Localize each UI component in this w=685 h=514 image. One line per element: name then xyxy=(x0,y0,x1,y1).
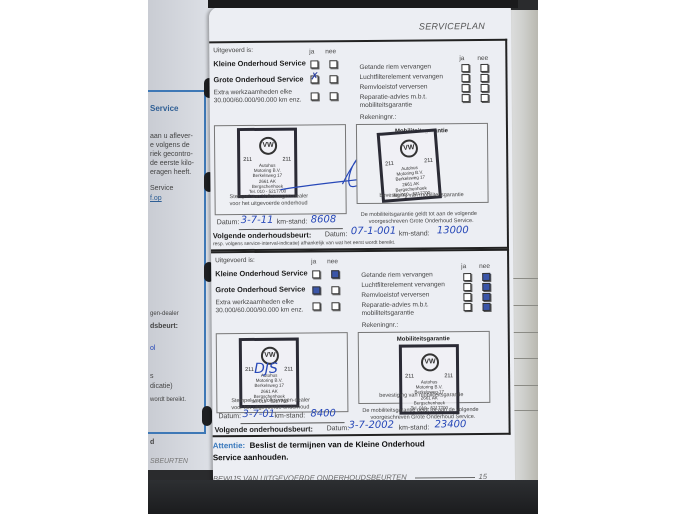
dark-background xyxy=(148,480,538,514)
page-header: SERVICEPLAN xyxy=(419,21,485,32)
riem-nee-checkbox[interactable] xyxy=(480,64,488,72)
next-km-value: 13000 xyxy=(437,225,469,236)
km-value: 8400 xyxy=(310,408,336,419)
grote-ja-checkbox[interactable] xyxy=(312,286,320,294)
service-entry-1: Uitgevoerd is: ja nee Kleine Onderhoud S… xyxy=(209,39,509,252)
remvloeistof-nee-checkbox[interactable] xyxy=(482,293,490,301)
remvloeistof-nee-checkbox[interactable] xyxy=(481,84,489,92)
binder-ring xyxy=(202,406,212,426)
reparatie-ja-checkbox[interactable] xyxy=(463,303,471,311)
vw-logo-icon: VW xyxy=(399,139,418,158)
vw-logo-icon: VW xyxy=(421,353,439,371)
grote-nee-checkbox[interactable] xyxy=(331,286,339,294)
reparatie-nee-checkbox[interactable] xyxy=(481,94,489,102)
kleine-nee-checkbox[interactable] xyxy=(329,60,337,68)
mobility-stamp-box: Mobiliteitsgarantie VW 211 211 AutohusMo… xyxy=(358,331,491,404)
dark-top xyxy=(208,0,518,8)
reparatie-ja-checkbox[interactable] xyxy=(462,94,470,102)
riem-ja-checkbox[interactable] xyxy=(463,273,471,281)
left-page: Service aan u aflever- e volgens de riek… xyxy=(148,0,218,470)
kleine-ja-checkbox[interactable] xyxy=(310,60,318,68)
km-value: 8608 xyxy=(311,214,337,225)
attention-note: Attentie: Beslist de termijnen van de Kl… xyxy=(213,439,425,450)
luchtfilter-ja-checkbox[interactable] xyxy=(461,74,469,82)
riem-ja-checkbox[interactable] xyxy=(461,64,469,72)
riem-nee-checkbox[interactable] xyxy=(482,273,490,281)
datum-value: 3-7-11 xyxy=(241,215,274,226)
reparatie-nee-checkbox[interactable] xyxy=(482,303,490,311)
grote-ja-checkbox[interactable] xyxy=(310,75,318,83)
kleine-nee-checkbox[interactable] xyxy=(331,270,339,278)
serviceplan-page: SERVICEPLAN Uitgevoerd is: ja nee Kleine… xyxy=(209,5,515,492)
next-km-value: 23400 xyxy=(434,419,466,430)
left-heading: Service xyxy=(150,104,178,113)
stamp-initials: DJS xyxy=(254,361,278,377)
extra-nee-checkbox[interactable] xyxy=(331,302,339,310)
luchtfilter-nee-checkbox[interactable] xyxy=(482,283,490,291)
extra-ja-checkbox[interactable] xyxy=(311,92,319,100)
mobility-stamp: VW 211 211 AutohusMotoring B.V.Berkelswe… xyxy=(399,344,460,415)
service-entry-2: Uitgevoerd is: ja nee Kleine Onderhoud S… xyxy=(211,249,511,438)
grote-nee-checkbox[interactable] xyxy=(329,75,337,83)
next-datum-value: 3-7-2002 xyxy=(349,420,394,431)
datum-value: 3-7-01 xyxy=(242,409,275,420)
dealer-stamp-box: VW 211 211 AutohusMotoring B.V.Berkelswe… xyxy=(216,332,349,413)
luchtfilter-nee-checkbox[interactable] xyxy=(480,74,488,82)
extra-ja-checkbox[interactable] xyxy=(312,302,320,310)
left-link[interactable]: f.op xyxy=(150,194,162,203)
next-datum-value: 07-1-001 xyxy=(351,226,396,237)
remvloeistof-ja-checkbox[interactable] xyxy=(463,293,471,301)
mobility-stamp-box: Mobiliteitsgarantie VW 211 211 AutohusMo… xyxy=(356,123,489,204)
booklet-photo: Service aan u aflever- e volgens de riek… xyxy=(148,0,538,514)
luchtfilter-ja-checkbox[interactable] xyxy=(463,283,471,291)
vw-logo-icon: VW xyxy=(259,137,277,155)
extra-nee-checkbox[interactable] xyxy=(330,92,338,100)
remvloeistof-ja-checkbox[interactable] xyxy=(462,84,470,92)
kleine-ja-checkbox[interactable] xyxy=(312,270,320,278)
